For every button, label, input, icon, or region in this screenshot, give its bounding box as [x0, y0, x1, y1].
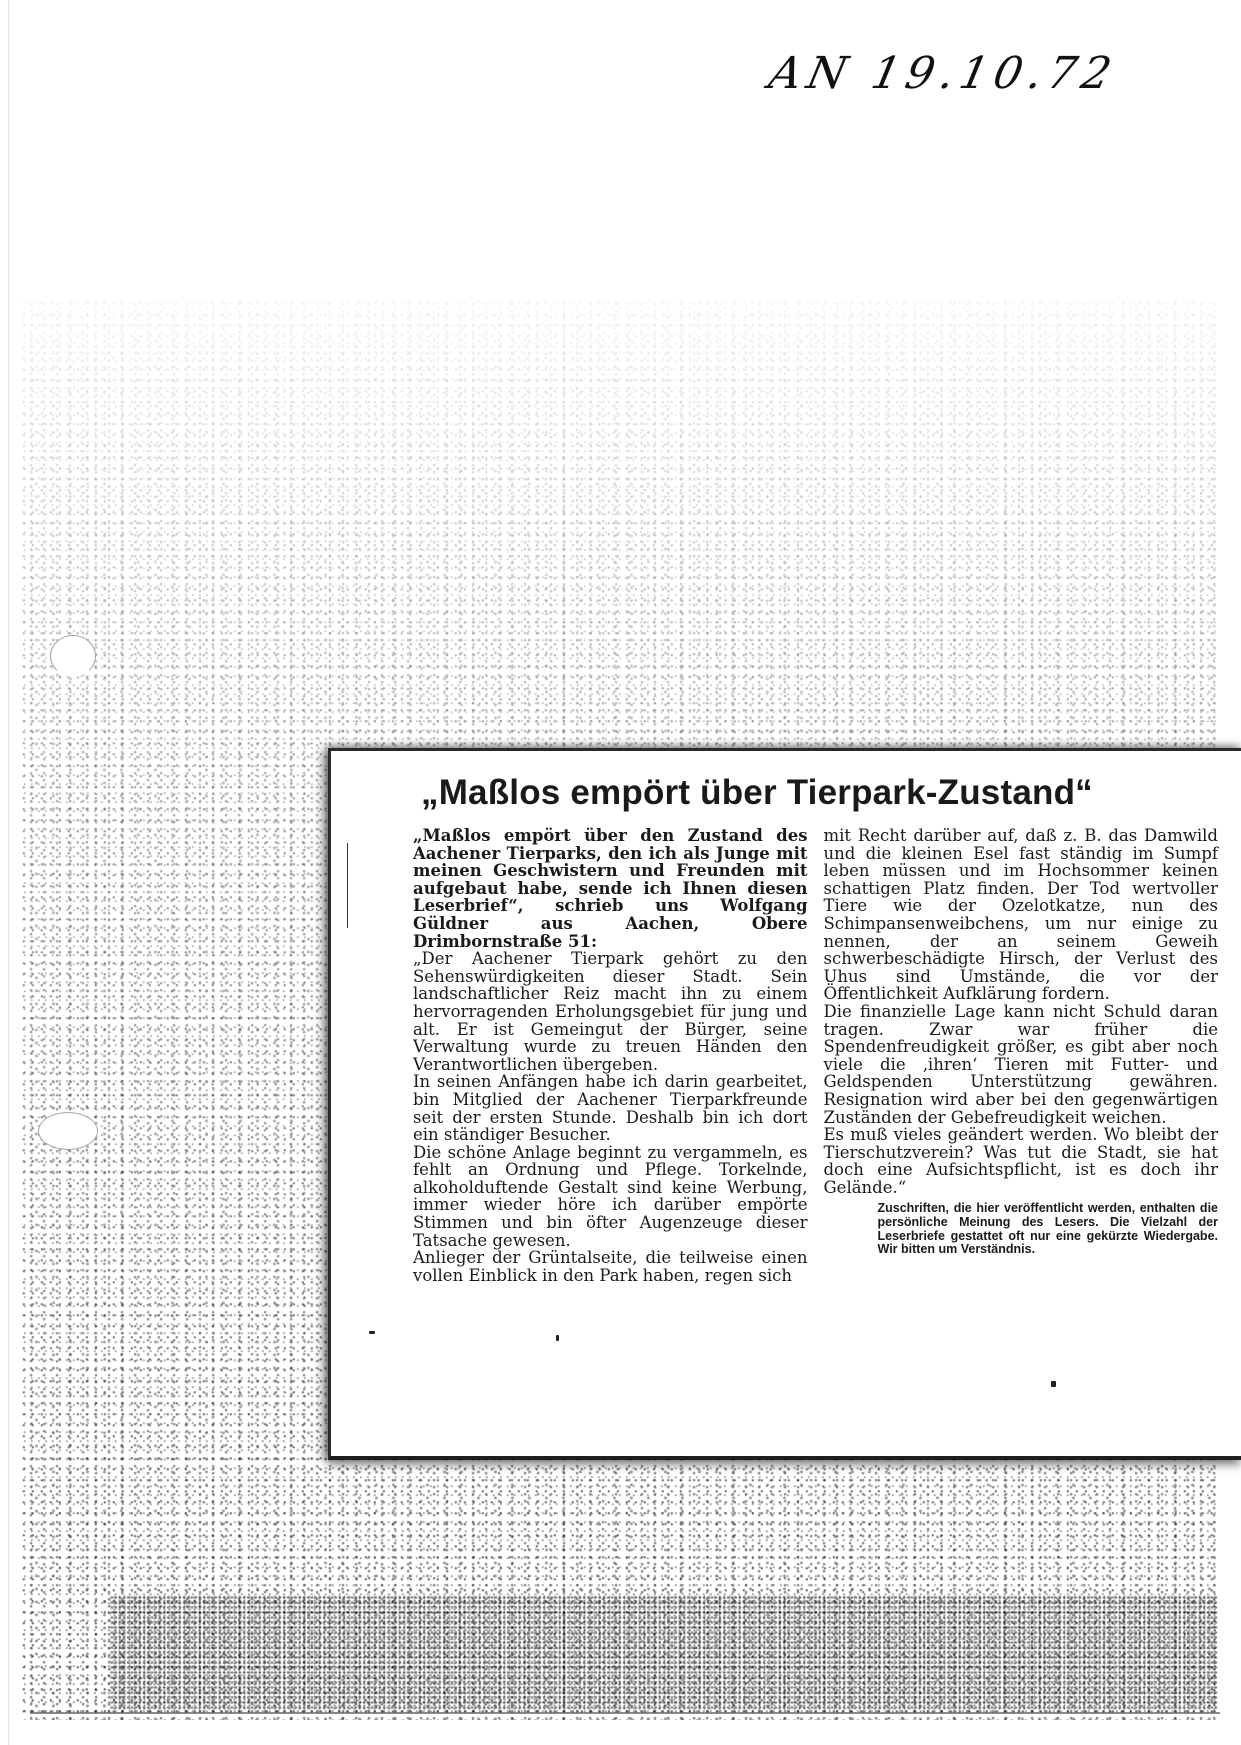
article-paragraph: Die schöne Anlage beginnt zu vergammeln,… — [413, 1144, 808, 1250]
article-intro: „Maßlos empört über den Zustand des Aach… — [413, 827, 808, 950]
hole-punch-mark-top — [50, 635, 96, 677]
article-paragraph: In seinen Anfängen habe ich darin gearbe… — [413, 1073, 808, 1143]
hole-punch-mark-bottom — [38, 1112, 98, 1150]
scan-speck — [556, 1335, 559, 1341]
editorial-disclaimer: Zuschriften, die hier veröffentlicht wer… — [878, 1202, 1219, 1256]
handwritten-date-annotation: AN 19.10.72 — [765, 48, 1122, 99]
article-headline: „Maßlos empört über Tierpark-Zustand“ — [421, 773, 1093, 813]
page-edge-line — [8, 0, 9, 1745]
scan-speck — [1051, 1381, 1056, 1387]
article-paragraph: Die finanzielle Lage kann nicht Schuld d… — [824, 1003, 1219, 1126]
scan-noise-dark-band — [110, 1595, 1218, 1710]
article-paragraph: mit Recht darüber auf, daß z. B. das Dam… — [824, 827, 1219, 1003]
article-paragraph: „Der Aachener Tierpark gehört zu den Seh… — [413, 950, 808, 1073]
scan-speck — [369, 1331, 375, 1334]
article-column-right: mit Recht darüber auf, daß z. B. das Dam… — [824, 827, 1219, 1284]
article-paragraph: Anlieger der Grüntalseite, die teilweise… — [413, 1249, 808, 1284]
article-paragraph: Es muß vieles geändert werden. Wo bleibt… — [824, 1126, 1219, 1196]
article-column-left: „Maßlos empört über den Zustand des Aach… — [413, 827, 808, 1284]
scan-bottom-edge — [30, 1712, 1220, 1714]
newspaper-clipping: „Maßlos empört über Tierpark-Zustand“ „M… — [328, 748, 1241, 1460]
margin-line — [347, 843, 348, 928]
article-body: „Maßlos empört über den Zustand des Aach… — [413, 827, 1218, 1284]
